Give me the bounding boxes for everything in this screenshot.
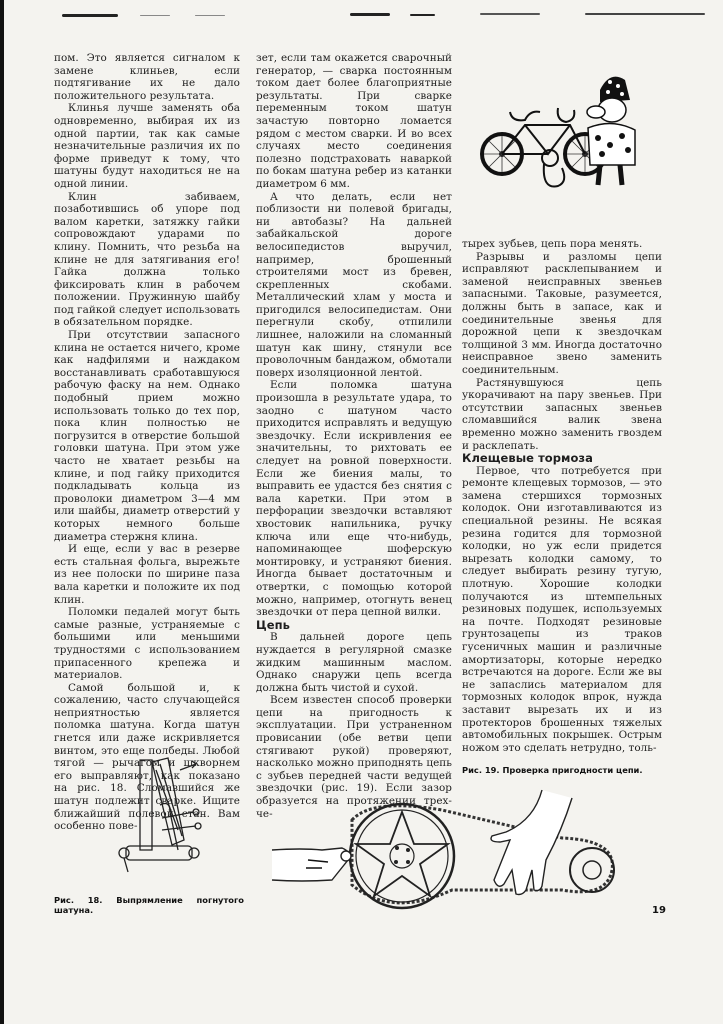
top-rule bbox=[195, 15, 225, 16]
section-heading-chain: Цепь bbox=[256, 619, 452, 632]
paragraph: А что делать, если нет поблизости ни пол… bbox=[256, 191, 452, 380]
top-rule bbox=[585, 13, 705, 15]
paragraph: Клин забиваем, позаботившись об упоре по… bbox=[54, 191, 240, 330]
fig18-caption: Рис. 18. Выпрямление погнутого шатуна. bbox=[54, 895, 244, 915]
cyclist-cartoon-illustration bbox=[470, 50, 630, 190]
paragraph: тырех зубьев, цепь пора менять. bbox=[462, 238, 662, 251]
text-column-1: пом. Это является сигналом к замене клин… bbox=[54, 52, 240, 833]
paragraph: Клинья лучше заменять оба одновременно, … bbox=[54, 102, 240, 190]
fig19-chain-check-illustration bbox=[272, 790, 632, 910]
page-number: 19 bbox=[652, 905, 666, 916]
fig19-caption: Рис. 19. Проверка пригодности цепи. bbox=[462, 765, 672, 775]
fig18-crank-illustration bbox=[110, 750, 220, 880]
paragraph: Первое, что потребуется при ремонте клещ… bbox=[462, 465, 662, 755]
top-rule bbox=[62, 14, 118, 17]
top-rule bbox=[140, 15, 170, 16]
top-rule bbox=[480, 13, 540, 15]
text-column-3: тырех зубьев, цепь пора менять. Разрывы … bbox=[462, 238, 662, 754]
paragraph: Растянувшуюся цепь укорачивают на пару з… bbox=[462, 377, 662, 453]
paragraph: И еще, если у вас в резерве есть стальна… bbox=[54, 543, 240, 606]
paragraph: пом. Это является сигналом к замене клин… bbox=[54, 52, 240, 102]
top-rule bbox=[350, 13, 390, 16]
top-rule bbox=[410, 14, 435, 16]
scan-left-edge bbox=[0, 0, 4, 1024]
paragraph: Разрывы и разломы цепи исправляют раскле… bbox=[462, 251, 662, 377]
paragraph: зет, если там окажется сварочный генерат… bbox=[256, 52, 452, 191]
paragraph: При отсутствии запасного клина не остает… bbox=[54, 329, 240, 543]
text-column-2: зет, если там окажется сварочный генерат… bbox=[256, 52, 452, 820]
paragraph: Если поломка шатуна произошла в результа… bbox=[256, 379, 452, 618]
paragraph: Поломки педалей могут быть самые разные,… bbox=[54, 606, 240, 682]
paragraph: В дальней дороге цепь нуждается в регуля… bbox=[256, 631, 452, 694]
section-heading-caliper-brakes: Клещевые тормоза bbox=[462, 452, 662, 465]
